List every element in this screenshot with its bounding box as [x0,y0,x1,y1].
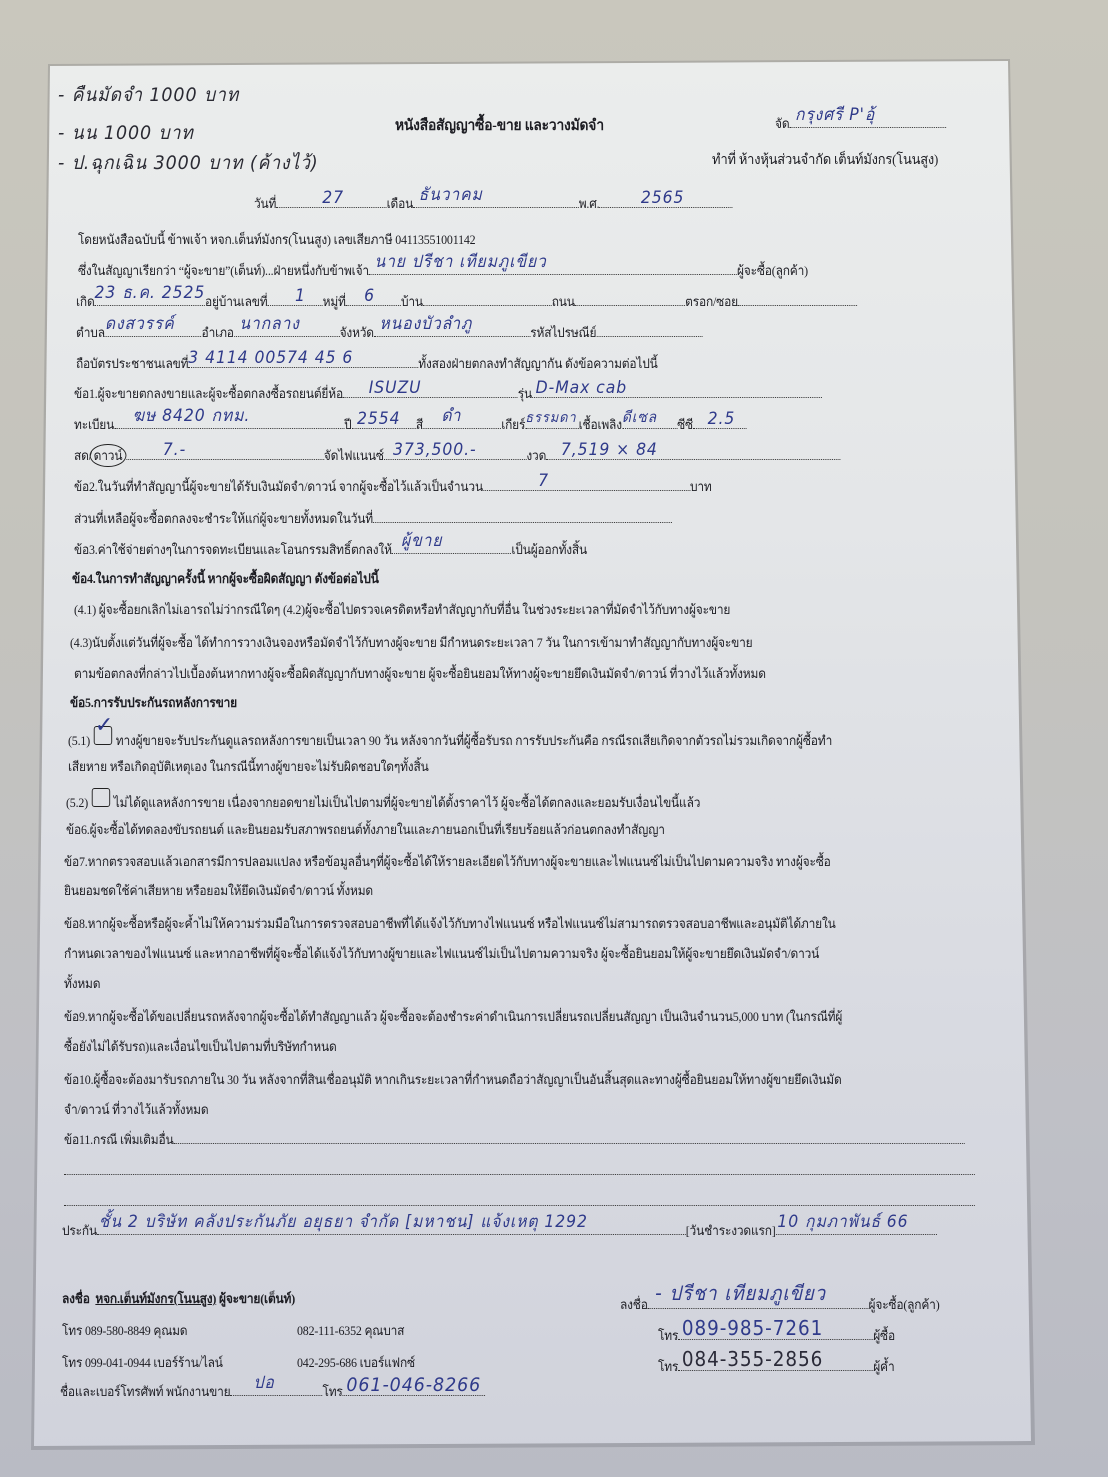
seller-name: หจก.เต็นท์มังกร(โนนสูง) [95,1288,216,1309]
insurance-line[interactable]: ชั้น 2 บริษัท คลังประกันภัย อยุธยา จำกัด… [97,1220,686,1235]
postal-label: รหัสไปรษณีย์ [530,322,596,343]
clause4-1: (4.1) ผู้จะซื้อยกเลิกไม่เอารถไม่ว่ากรณีใ… [74,599,730,620]
fee-payer-line[interactable]: ผู้ขาย [392,539,512,554]
model-label: รุ่น [518,383,532,404]
handwritten-note-2: - นน 1000 บาท [58,118,194,148]
clause4-3a: (4.3)นับตั้งแต่วันที่ผู้จะซื้อ ได้ทำการว… [70,632,752,653]
guarantor-phone-role: ผู้ค้ำ [873,1356,894,1377]
guarantor-phone-line[interactable]: 084-355-2856 [678,1356,873,1371]
birth-line[interactable]: 23 ธ.ค. 2525 [95,291,205,306]
salesperson-name-value: ปอ [253,1369,274,1396]
remaining-text: ส่วนที่เหลือผู้จะซื้อตกลงจะชำระให้แก่ผู้… [74,508,373,529]
buyer-row: ซึ่งในสัญญาเรียกว่า “ผู้จะขาย”(เต็นท์)..… [78,260,808,281]
location-row: ตำบล ดงสวรรค์ อำเภอ นากลาง จังหวัด หนองบ… [76,322,702,343]
guarantor-phone-row: โทร 084-355-2856 ผู้ค้ำ [658,1356,895,1377]
clause5-1-label: (5.1) [68,733,90,749]
guarantor-phone-label: โทร [658,1356,678,1377]
month-value: ธันวาคม [419,181,483,208]
buyer-phone-row: โทร 089-985-7261 ผู้ซื้อ [658,1325,895,1346]
clause10a: ข้อ10.ผู้ซื้อจะต้องมารับรถภายใน 30 วัน ห… [64,1069,842,1090]
date-row: วันที่ 27 เดือน ธันวาคม พ.ศ. 2565 [254,193,733,214]
installment-line[interactable]: 7,519 × 84 [546,445,840,460]
district-label: อำเภอ [201,322,233,343]
buyer-name-line[interactable]: นาย ปรีชา เทียมภูเขียว [369,260,737,275]
agree-text: ทั้งสองฝ่ายตกลงทำสัญญากัน ดังข้อความต่อไ… [418,353,657,374]
clause9a: ข้อ9.หากผู้จะซื้อได้ขอเปลี่ยนรถหลังจากผู… [64,1006,842,1027]
province-value: หนองบัวลำภู [379,310,472,337]
cc-label: ซีซี [677,414,693,435]
clause5-title: ข้อ5.การรับประกันรถหลังการขาย [70,692,237,713]
id-row: ถือบัตรประชาชนเลขที่ 3 4114 00574 45 6 ท… [76,353,658,374]
clause10b: จำ/ดาวน์ ที่วางไว้แล้วทั้งหมด [64,1099,208,1120]
clause3-row: ข้อ3.ค่าใช้จ่ายต่างๆในการจดทะเบียนและโอน… [74,539,587,560]
clause11-row: ข้อ11.กรณี เพิ่มเติมอื่น [64,1129,965,1150]
down-payment-value: 7.- [163,440,186,460]
seller-phone-2: 082-111-6352 คุณบาส [297,1320,404,1341]
brand-value: ISUZU [369,378,422,398]
payment-row: สด/ดาวน์ 7.- จัดไฟแนนซ์ 373,500.- งวด 7,… [74,444,841,467]
month-line[interactable]: ธันวาคม [413,193,579,208]
clause8a: ข้อ8.หากผู้จะซื้อหรือผู้จะค้ำไม่ให้ความร… [64,913,836,934]
clause11-line[interactable] [173,1129,964,1144]
clause3-suffix: เป็นผู้ออกทั้งสิ้น [511,539,587,560]
subdistrict-line[interactable]: ดงสวรรค์ [105,322,202,337]
finance-label: จัดไฟแนนซ์ [324,445,384,466]
finance-value: 373,500.- [393,440,477,460]
phone-owner: เบอร์แฟกซ์ [360,1352,415,1373]
model-line[interactable]: D-Max cab [532,383,822,398]
id-line[interactable]: 3 4114 00574 45 6 [188,353,418,368]
installment-value: 7,519 × 84 [561,440,658,460]
fuel-value: ดีเซล [622,405,657,429]
address-row: เกิด 23 ธ.ค. 2525 อยู่บ้านเลขที่ 1 หมู่ท… [76,291,858,312]
vehicle-year-line[interactable]: 2554 [351,414,415,429]
road-label: ถนน [552,291,575,312]
vehicle-year-label: ปี [344,414,351,435]
gear-value: ธรรมดา [525,407,576,429]
color-label: สี [416,414,423,435]
vehicle-detail-row: ทะเบียน ฆษ 8420 กทม. ปี 2554 สี ดำ เกียร… [74,414,746,435]
seller-phone-3: โทร 099-041-0944 เบอร์ร้าน/ไลน์ [62,1352,223,1373]
id-value: 3 4114 00574 45 6 [188,348,353,368]
clause5-2-label: (5.2) [66,795,88,811]
document-title: หนังสือสัญญาซื้อ-ขาย และวางมัดจำ [395,113,604,137]
fee-payer-value: ผู้ขาย [401,527,442,554]
district-line[interactable]: นากลาง [234,322,340,337]
clause5-2-row: (5.2) ไม่ได้ดูแลหลังการขาย เนื่องจากยอดข… [66,788,700,813]
insurance-value: ชั้น 2 บริษัท คลังประกันภัย อยุธยา จำกัด… [99,1208,588,1235]
cc-line[interactable]: 2.5 [693,414,746,429]
clause6: ข้อ6.ผู้จะซื้อได้ทดลองขับรถยนต์ และยินยอ… [66,819,665,840]
month-label: เดือน [387,193,413,214]
fuel-line[interactable]: ดีเซล [622,414,677,429]
salesperson-phone-line[interactable]: 061-046-8266 [343,1381,486,1396]
postal-line[interactable] [596,322,702,337]
seller-sign-label: ลงชื่อ [62,1288,90,1309]
phone-owner: เบอร์ร้าน/ไลน์ [153,1352,222,1373]
first-payment-line[interactable]: 10 กุมภาพันธ์ 66 [776,1220,937,1235]
buyer-suffix: ผู้จะซื้อ(ลูกค้า) [737,260,808,281]
phone-label: โทร [62,1352,82,1373]
buyer-phone-role: ผู้ซื้อ [873,1325,895,1346]
clause5-1b: เสียหาย หรือเกิดอุบัติเหตุเอง ในกรณีนี้ท… [68,756,429,777]
buyer-phone-value: 089-985-7261 [682,1316,823,1340]
clause8c: ทั้งหมด [64,973,100,994]
vehicle-year-value: 2554 [357,409,400,429]
salesperson-name-line[interactable]: ปอ [230,1381,322,1396]
clause4-3b: ตามข้อตกลงที่กล่าวไปเบื้องต้นหากทางผู้จะ… [74,663,766,684]
phone-number: 089-580-8849 [85,1323,151,1339]
seller-phone-4: 042-295-686 เบอร์แฟกซ์ [297,1352,415,1373]
subdistrict-label: ตำบล [76,322,105,343]
moo-label: หมู่ที่ [323,291,346,312]
phone-number: 099-041-0944 [85,1355,151,1371]
remaining-date-line[interactable] [373,508,672,523]
clause8b: กำหนดเวลาของไฟแนนซ์ และหากอาชีพที่ผู้จะซ… [64,943,819,964]
phone-owner: คุณมด [153,1320,187,1341]
color-line[interactable]: ดำ [423,414,501,429]
insurance-row: ประกัน ชั้น 2 บริษัท คลังประกันภัย อยุธย… [62,1220,937,1241]
down-label-circled: ดาวน์ [90,444,126,467]
salesperson-phone-value: 061-046-8266 [346,1374,481,1396]
clause7b: ยินยอมชดใช้ค่าเสียหาย หรือยอมให้ยึดเงินม… [64,880,373,901]
vehicle-brand-row: ข้อ1.ผู้จะขายตกลงขายและผู้จะซื้อตกลงซื้อ… [74,383,822,404]
plate-line[interactable]: ฆษ 8420 กทม. [114,414,344,429]
deposit-amount-value: 7 [538,471,549,491]
intro-text: โดยหนังสือฉบับนี้ ข้าพเจ้า หจก.เต็นท์มัง… [78,229,475,250]
deposit-unit: บาท [690,476,712,497]
buyer-sign-label: ลงชื่อ [620,1294,648,1315]
handwritten-note-1: - คืนมัดจำ 1000 บาท [58,80,239,110]
buyer-sign-row: ลงชื่อ - ปรีชา เทียมภูเขียว ผู้จะซื้อ(ลู… [620,1294,940,1315]
arranged-by-value: กรุงศรี P'อุ้ [795,101,875,128]
fuel-label: เชื้อเพลิง [579,414,622,435]
district-value: นากลาง [239,310,299,337]
moo-value: 6 [364,286,375,306]
plate-label: ทะเบียน [74,414,114,435]
phone-number: 042-295-686 [297,1355,357,1371]
clause3-text: ข้อ3.ค่าใช้จ่ายต่างๆในการจดทะเบียนและโอน… [74,539,392,560]
clause2-row: ข้อ2.ในวันที่ทำสัญญานี้ผู้จะขายได้รับเงิ… [74,476,712,497]
clause9b: ซื้อยังไม่ได้รับรถ)และเงื่อนไขเป็นไปตามท… [64,1036,337,1057]
clause5-1-row: (5.1) ✓ ทางผู้ขายจะรับประกันดูแลรถหลังกา… [68,726,832,751]
clause7a: ข้อ7.หากตรวจสอบแล้วเอกสารมีการปลอมแปลง ห… [64,851,831,872]
remaining-row: ส่วนที่เหลือผู้จะซื้อตกลงจะชำระให้แก่ผู้… [74,508,672,529]
insurance-label: ประกัน [62,1220,97,1241]
seller-clause: ซึ่งในสัญญาเรียกว่า “ผู้จะขาย”(เต็นท์)..… [78,260,369,281]
phone-number: 082-111-6352 [297,1323,362,1339]
first-payment-label: [วันชำระงวดแรก] [686,1220,776,1241]
province-label: จังหวัด [340,322,374,343]
guarantor-phone-value: 084-355-2856 [682,1347,823,1371]
clause2-text: ข้อ2.ในวันที่ทำสัญญานี้ผู้จะขายได้รับเงิ… [74,476,483,497]
day-line[interactable]: 27 [276,193,386,208]
seller-sign-row: ลงชื่อ หจก.เต็นท์มังกร(โนนสูง) ผู้จะขาย(… [62,1288,295,1309]
buyer-phone-label: โทร [658,1325,678,1346]
clause11-label: ข้อ11.กรณี เพิ่มเติมอื่น [64,1129,173,1150]
buyer-role: ผู้จะซื้อ(ลูกค้า) [869,1294,940,1315]
seller-role: ผู้จะขาย(เต็นท์) [219,1288,295,1309]
phone-label: โทร [62,1320,82,1341]
clause5-1-text: ทางผู้ขายจะรับประกันดูแลรถหลังการขายเป็น… [116,730,832,751]
made-at: ทำที่ ห้างหุ้นส่วนจำกัด เต็นท์มังกร(โนนส… [712,149,938,171]
extra-line-1[interactable] [64,1160,975,1179]
installment-label: งวด [526,445,546,466]
arranged-by-line[interactable]: กรุงศรี P'อุ้ [789,113,945,128]
checkmark-icon: ✓ [95,713,113,738]
alley-label: ตรอก/ซอย [685,291,738,312]
house-no-label: อยู่บ้านเลขที่ [205,291,268,312]
year-value: 2565 [641,188,684,208]
day-value: 27 [322,188,344,208]
warranty-90-days-checkbox[interactable]: ✓ [94,726,112,745]
gear-line[interactable]: ธรรมดา [525,414,578,429]
finance-line[interactable]: 373,500.- [384,445,527,460]
village-line[interactable] [423,291,552,306]
clause4-title: ข้อ4.ในการทำสัญญาครั้งนี้ หากผู้จะซื้อผิ… [72,568,379,589]
plate-value: ฆษ 8420 กทม. [132,402,250,429]
down-payment-line[interactable]: 7.- [126,445,324,460]
gear-label: เกียร์ [501,414,525,435]
day-label: วันที่ [254,193,276,214]
alley-line[interactable] [738,291,858,306]
birth-value: 23 ธ.ค. 2525 [95,279,206,306]
house-no-value: 1 [295,286,306,306]
cc-value: 2.5 [708,409,736,429]
buyer-phone-line[interactable]: 089-985-7261 [678,1325,873,1340]
deposit-amount-line[interactable]: 7 [483,476,690,491]
house-no-line[interactable]: 1 [267,291,322,306]
seller-phone-1: โทร 089-580-8849 คุณมด [62,1320,187,1341]
year-line[interactable]: 2565 [599,193,732,208]
buyer-name-value: นาย ปรีชา เทียมภูเขียว [374,248,546,275]
buyer-signature-line[interactable]: - ปรีชา เทียมภูเขียว [648,1294,869,1309]
clause5-2-text: ไม่ได้ดูแลหลังการขาย เนื่องจากยอดขายไม่เ… [114,792,700,813]
moo-line[interactable]: 6 [346,291,401,306]
id-label: ถือบัตรประชาชนเลขที่ [76,353,188,374]
village-label: บ้าน [401,291,423,312]
road-line[interactable] [575,291,685,306]
province-line[interactable]: หนองบัวลำภู [374,322,530,337]
brand-line[interactable]: ISUZU [343,383,518,398]
year-label: พ.ศ. [579,193,600,214]
no-warranty-checkbox[interactable] [92,788,110,807]
salesperson-phone-label: โทร [322,1381,342,1402]
handwritten-note-3: - ป.ฉุกเฉิน 3000 บาท (ค้างไว้) [58,148,319,178]
birth-label: เกิด [76,291,95,312]
subdistrict-value: ดงสวรรค์ [105,310,175,337]
arranged-by-field: จัด กรุงศรี P'อุ้ [775,113,946,134]
salesperson-row: ชื่อและเบอร์โทรศัพท์ พนักงานขาย ปอ โทร 0… [60,1381,485,1402]
color-value: ดำ [441,402,461,429]
phone-owner: คุณบาส [364,1320,404,1341]
model-value: D-Max cab [536,378,627,398]
salesperson-label: ชื่อและเบอร์โทรศัพท์ พนักงานขาย [60,1381,230,1402]
first-payment-value: 10 กุมภาพันธ์ 66 [777,1208,908,1235]
clause1-label: ข้อ1.ผู้จะขายตกลงขายและผู้จะซื้อตกลงซื้อ… [74,383,343,404]
arranged-by-label: จัด [775,113,789,134]
buyer-signature: - ปรีชา เทียมภูเขียว [655,1277,826,1309]
